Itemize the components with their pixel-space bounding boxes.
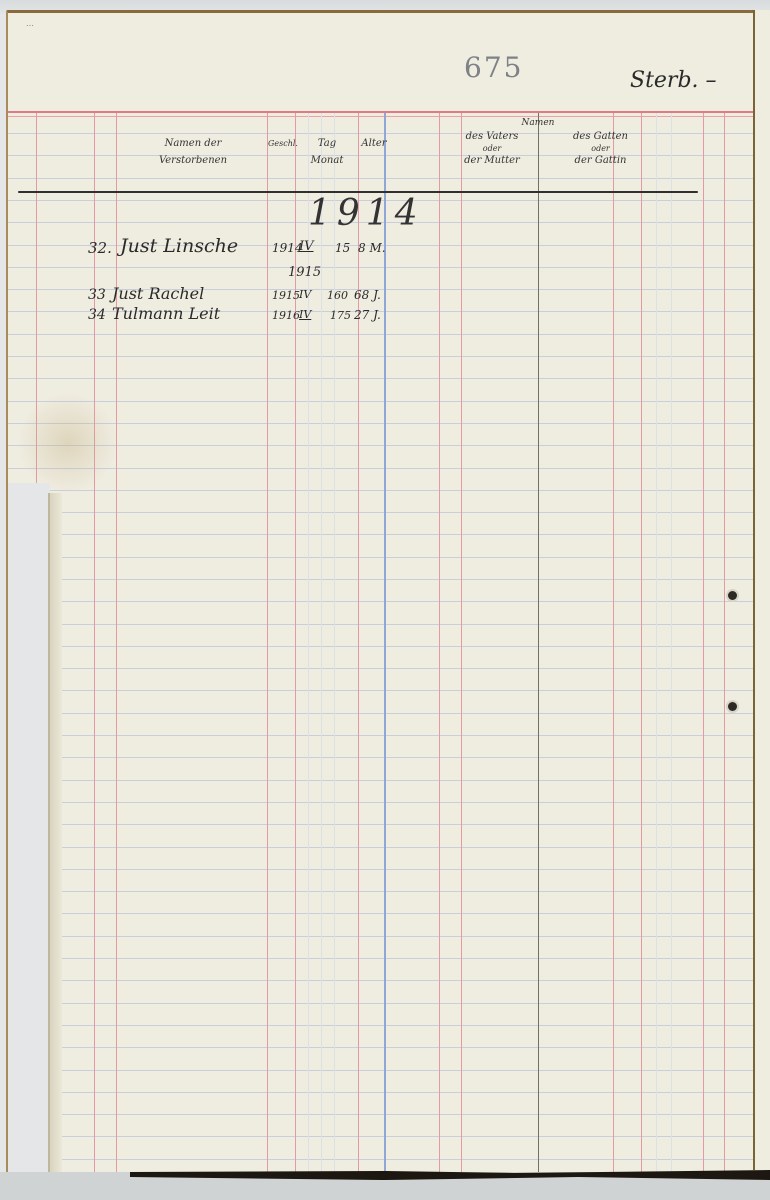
column-rule bbox=[724, 113, 725, 1173]
entry-age: 8 M. bbox=[358, 241, 386, 255]
torn-corner bbox=[8, 483, 50, 1173]
column-rule bbox=[358, 113, 359, 1173]
entry-age: 68 J. bbox=[354, 288, 381, 302]
entry-month: IV bbox=[299, 288, 311, 301]
entry-year: 1916 bbox=[272, 309, 300, 322]
year-heading-small: 1915 bbox=[288, 265, 321, 280]
column-header-line: Alter bbox=[359, 135, 389, 152]
column-header-name: Namen der Verstorbenen bbox=[128, 135, 258, 169]
column-header-sex: Geschl. bbox=[268, 135, 295, 152]
column-rule bbox=[116, 113, 117, 1173]
punch-hole bbox=[728, 702, 737, 711]
entry-name: Tulmann Leit bbox=[112, 304, 220, 323]
column-header-line: Namen der bbox=[128, 135, 258, 152]
facing-page-edge bbox=[752, 10, 770, 1170]
entry-day: 160 bbox=[327, 289, 348, 302]
column-rule bbox=[613, 113, 614, 1173]
entry-year: 1915 bbox=[272, 289, 300, 302]
entry-day: 15 bbox=[335, 241, 350, 255]
column-rule bbox=[461, 113, 462, 1173]
column-rule bbox=[641, 113, 642, 1173]
column-header-line: Geschl. bbox=[268, 135, 295, 152]
column-header-line: oder bbox=[446, 143, 538, 155]
header-note: Sterb. – bbox=[630, 68, 717, 93]
under-page-edge bbox=[48, 493, 62, 1173]
entry-name: Just Linsche bbox=[120, 235, 238, 257]
column-subrule bbox=[671, 113, 672, 1173]
entry-number: 33 bbox=[88, 287, 106, 303]
entry-day: 175 bbox=[330, 309, 351, 322]
column-header-line: der Gattin bbox=[553, 155, 648, 167]
page-number: 675 bbox=[464, 51, 523, 84]
column-header-line: des Vaters bbox=[446, 131, 538, 143]
entry-name: Just Rachel bbox=[112, 284, 204, 303]
column-subrule bbox=[321, 113, 322, 1173]
column-rule bbox=[703, 113, 704, 1173]
column-subrule bbox=[656, 113, 657, 1173]
column-header-line: oder bbox=[553, 143, 648, 155]
column-rule bbox=[267, 113, 268, 1173]
entry-month: IV bbox=[299, 239, 314, 254]
entry-number: 32. bbox=[88, 239, 112, 257]
column-rule bbox=[94, 113, 95, 1173]
column-header-line: Tag bbox=[298, 135, 356, 152]
column-header-line: Verstorbenen bbox=[128, 152, 258, 169]
column-header-spouse: des Gatten oder der Gattin bbox=[553, 131, 648, 167]
entry-year: 1914 bbox=[272, 241, 303, 255]
entry-month: IV bbox=[299, 308, 311, 321]
column-header-names-above: Namen bbox=[508, 115, 568, 132]
column-rule bbox=[439, 113, 440, 1173]
column-rule-dark bbox=[538, 113, 539, 1173]
column-header-age: Alter bbox=[359, 135, 389, 152]
column-header-line: des Gatten bbox=[553, 131, 648, 143]
column-header-date: Tag Monat bbox=[298, 135, 356, 169]
column-header-line: der Mutter bbox=[446, 155, 538, 167]
column-header-line: Monat bbox=[298, 152, 356, 169]
paper-stain bbox=[18, 393, 118, 493]
column-rule-blue bbox=[384, 113, 386, 1173]
entry-number: 34 bbox=[88, 307, 106, 323]
column-subrule bbox=[334, 113, 335, 1173]
column-header-parents: des Vaters oder der Mutter bbox=[446, 131, 538, 167]
year-heading-large: 1914 bbox=[308, 193, 424, 234]
corner-mark: … bbox=[26, 19, 34, 28]
punch-hole bbox=[728, 591, 737, 600]
entry-age: 27 J. bbox=[354, 308, 381, 322]
ledger-page: 675 Sterb. – … Namen der Verstorbenen Ge… bbox=[6, 10, 753, 1173]
